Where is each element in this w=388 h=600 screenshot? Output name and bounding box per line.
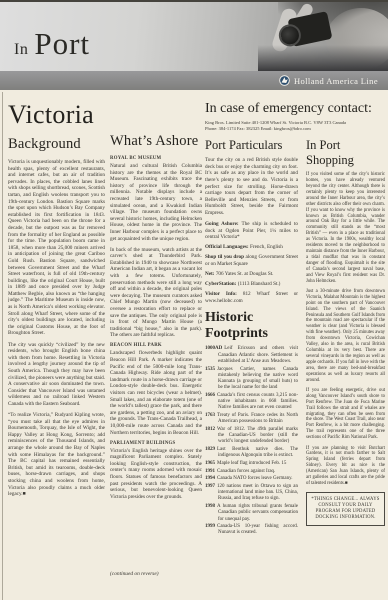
timeline-event: 1812War of 1812. The 49th parallel marks… [205, 427, 298, 446]
event-year: 1997 [205, 484, 217, 489]
item-label: Net: [205, 271, 215, 277]
item-label: Visitor Info: [205, 291, 237, 297]
section-text: Landscaped flowerbeds highlight quaint B… [110, 350, 202, 436]
event-text: Jacques Cartier, names Canada mistakenly… [217, 367, 298, 391]
section-text: Victoria’s English heritage shines over … [110, 448, 202, 501]
brand-lockup: Holland America Line [279, 75, 378, 86]
port-particular-item: Visitor Info: 812 Wharf Street or www.he… [205, 291, 298, 304]
event-text: 120 nations meet in Ottawa to sign an in… [217, 484, 298, 501]
item-label: Official Languages: [205, 244, 249, 250]
emergency-heading: In case of emergency contact: [205, 101, 385, 117]
holland-america-logo-icon [279, 75, 290, 86]
column-whats-ashore: What’s Ashore ROYAL BC MUSEUM Natural an… [110, 133, 202, 565]
port-particular-item: Going Ashore: The ship is scheduled to d… [205, 221, 298, 241]
background-heading: Background [8, 136, 105, 153]
timeline-event: 1999Canada-US 10-year fishing accord. Nu… [205, 524, 298, 536]
page-title: Victoria [8, 102, 105, 128]
masthead: In Port Holland America Line [0, 0, 388, 90]
paragraph: If you are planning to visit Butchart Ga… [306, 446, 385, 487]
right-subcolumns: Port Particulars Tour the city on a red … [205, 138, 385, 538]
paragraph: Just a 30-minute drive from downtown Vic… [306, 289, 385, 384]
subcolumn-shopping: In Port Shopping If you visited some of … [306, 138, 385, 538]
item-text: 706 Yates St. at Douglas St. [216, 271, 274, 277]
item-text: French, English [250, 244, 283, 250]
event-year: 1999 [205, 524, 217, 529]
port-particular-item: Shop til you drop along Government Stree… [205, 254, 298, 267]
event-text: Canadian forces against Iraq. [217, 469, 275, 474]
section-subheading: ROYAL BC MUSEUM [110, 156, 202, 161]
event-year: 1812 [205, 427, 217, 432]
docking-note-box: *THINGS CHANGE... ALWAYS CONSULT YOUR DA… [306, 492, 385, 526]
paragraph: Victoria is unquestionably modern, fille… [8, 159, 105, 337]
event-text: Last Beothuk native dies. The indigenous… [217, 447, 298, 458]
event-text: Canada’s first census counts 3,215 non-n… [217, 393, 298, 410]
timeline-event: 1998A human rights tribunal grants femal… [205, 504, 298, 523]
masthead-title: In Port [14, 26, 90, 62]
event-year: 1666 [205, 393, 217, 398]
section-text: Natural and cultural British Columbia hi… [110, 163, 202, 339]
timeline-event: 1000ADLeif Ericsson and others visit Can… [205, 346, 298, 365]
port-particular-item: Net: 706 Yates St. at Douglas St. [205, 271, 298, 278]
timeline-event: 1965Maple leaf flag introduced Feb. 15 [205, 461, 298, 467]
emergency-phone: Phone: 384-1174 Fax: 382325 Email: kingb… [205, 126, 385, 132]
brand-band: Holland America Line [0, 71, 388, 90]
masthead-title-port: Port [34, 26, 90, 62]
timeline-event: 1829Last Beothuk native dies. The indige… [205, 447, 298, 459]
paragraph: If you visited some of the city’s histor… [306, 172, 385, 284]
timeline-event: 1763Treaty of Paris. France cedes its No… [205, 413, 298, 425]
timeline-event: 1535Jacques Cartier, names Canada mistak… [205, 367, 298, 392]
event-year: 1535 [205, 367, 217, 372]
photo-jacket-shape [258, 45, 388, 71]
event-text: Canada-US 10-year fishing accord. Nunavu… [217, 524, 298, 535]
column-background: Victoria Background Victoria is unquesti… [8, 100, 105, 598]
port-particulars-items: Going Ashore: The ship is scheduled to d… [205, 221, 298, 304]
port-particular-item: Official Languages: French, English [205, 244, 298, 251]
paragraph: Victoria’s English heritage shines over … [110, 448, 202, 501]
shopping-text: If you visited some of the city’s histor… [306, 172, 385, 487]
timeline-event: 1994Canada NATO forces leave Germany. [205, 476, 298, 482]
event-text: Treaty of Paris. France cedes its North … [217, 413, 298, 424]
item-label: Shop til you drop [205, 254, 244, 260]
event-text: War of 1812. The 49th parallel marks the… [217, 427, 298, 444]
whats-ashore-heading: What’s Ashore [110, 133, 202, 150]
paragraph: Natural and cultural British Columbia hi… [110, 163, 202, 242]
in-port-brochure-page: In Port Holland America Line Victoria Ba… [0, 0, 388, 600]
brand-name: Holland America Line [294, 76, 378, 86]
event-year: 1965 [205, 461, 217, 466]
item-label: Going Ashore: [205, 221, 239, 227]
event-text: Canada NATO forces leave Germany. [217, 476, 293, 481]
paragraph: Tour the city on a red British style dou… [205, 157, 298, 216]
event-year: 1829 [205, 447, 217, 452]
historic-footprints-timeline: 1000ADLeif Ericsson and others visit Can… [205, 346, 298, 536]
item-text: (1113 Blanshard St.) [238, 281, 281, 287]
item-label: CyberStation: [205, 281, 236, 287]
event-year: 1991 [205, 469, 217, 474]
historic-footprints-heading: Historic Footprints [205, 310, 298, 342]
continued-note: (continued on reverse) [110, 571, 159, 577]
timeline-event: 1991Canadian forces against Iraq. [205, 469, 298, 475]
masthead-title-in: In [14, 41, 28, 59]
event-year: 1998 [205, 504, 217, 509]
event-year: 1000AD [205, 346, 224, 351]
shopping-heading: In Port Shopping [306, 138, 385, 168]
column-right: In case of emergency contact: King Bros.… [205, 101, 385, 598]
paragraph: Landscaped flowerbeds highlight quaint B… [110, 350, 202, 436]
paragraph: “To realize Victoria,” Rudyard Kipling w… [8, 412, 105, 498]
event-year: 1763 [205, 413, 217, 418]
timeline-event: 1997120 nations meet in Ottawa to sign a… [205, 484, 298, 503]
section-subheading: PARLIAMENT BUILDINGS [110, 441, 202, 446]
section-subheading: BEACON HILL PARK [110, 343, 202, 348]
event-text: Maple leaf flag introduced Feb. 15 [217, 461, 286, 466]
scan-edge-shadow [2, 92, 3, 600]
paragraph: In back of the museum, watch artists at … [110, 247, 202, 339]
background-text: Victoria is unquestionably modern, fille… [8, 159, 105, 498]
subcolumn-port-particulars: Port Particulars Tour the city on a red … [205, 138, 298, 538]
port-particular-item: CyberStation: (1113 Blanshard St.) [205, 281, 298, 288]
whats-ashore-sections: ROYAL BC MUSEUM Natural and cultural Bri… [110, 156, 202, 500]
port-particulars-intro: Tour the city on a red British style dou… [205, 157, 298, 216]
port-particulars-heading: Port Particulars [205, 138, 298, 153]
timeline-event: 1666Canada’s first census counts 3,215 n… [205, 393, 298, 412]
event-year: 1994 [205, 476, 217, 481]
event-text: Leif Ericsson and others visit Canadian … [218, 346, 298, 363]
event-text: A human rights tribunal grants female Ca… [217, 504, 298, 521]
paragraph: The city was quickly “civilized” by the … [8, 342, 105, 408]
paragraph: If you are feeling energetic, drive out … [306, 388, 385, 441]
